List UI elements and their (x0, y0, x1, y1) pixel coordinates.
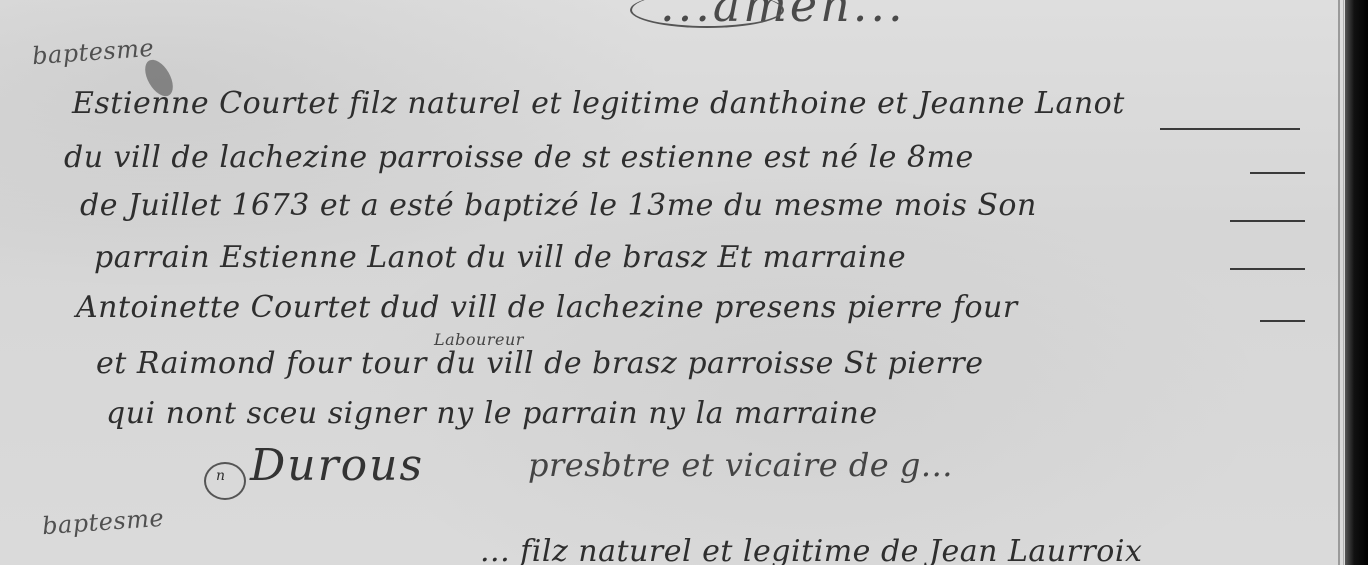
seal-mark: n (216, 468, 226, 484)
record-line-2: du vill de lachezine parroisse de st est… (64, 140, 974, 175)
margin-rule (1338, 0, 1340, 565)
record-line-next: ... filz naturel et legitime de Jean Lau… (480, 534, 1142, 565)
record-line-5: Antoinette Courtet dud vill de lachezine… (76, 290, 1018, 325)
line-filler (1160, 128, 1300, 130)
signature-seal: n (204, 462, 246, 500)
record-line-4: parrain Estienne Lanot du vill de brasz … (94, 240, 906, 275)
record-line-7: qui nont sceu signer ny le parrain ny la… (106, 396, 878, 431)
record-line-3: de Juillet 1673 et a esté baptizé le 13m… (80, 188, 1037, 223)
margin-label-baptism-1: baptesme (31, 34, 155, 70)
record-line-6: et Raimond four tour du vill de brasz pa… (96, 346, 983, 381)
manuscript-page: ...amen... baptesme Estienne Courtet fil… (0, 0, 1345, 565)
line-filler (1230, 268, 1305, 270)
margin-label-baptism-2: baptesme (41, 504, 165, 540)
priest-title: presbtre et vicaire de g... (528, 446, 953, 484)
line-filler (1230, 220, 1305, 222)
line-filler (1250, 172, 1305, 174)
record-line-1: Estienne Courtet filz naturel et legitim… (72, 86, 1125, 121)
margin-rule-inner (1343, 0, 1344, 565)
scan-edge (1345, 0, 1368, 565)
priest-signature: Durous (250, 440, 424, 491)
line-filler (1260, 320, 1305, 322)
